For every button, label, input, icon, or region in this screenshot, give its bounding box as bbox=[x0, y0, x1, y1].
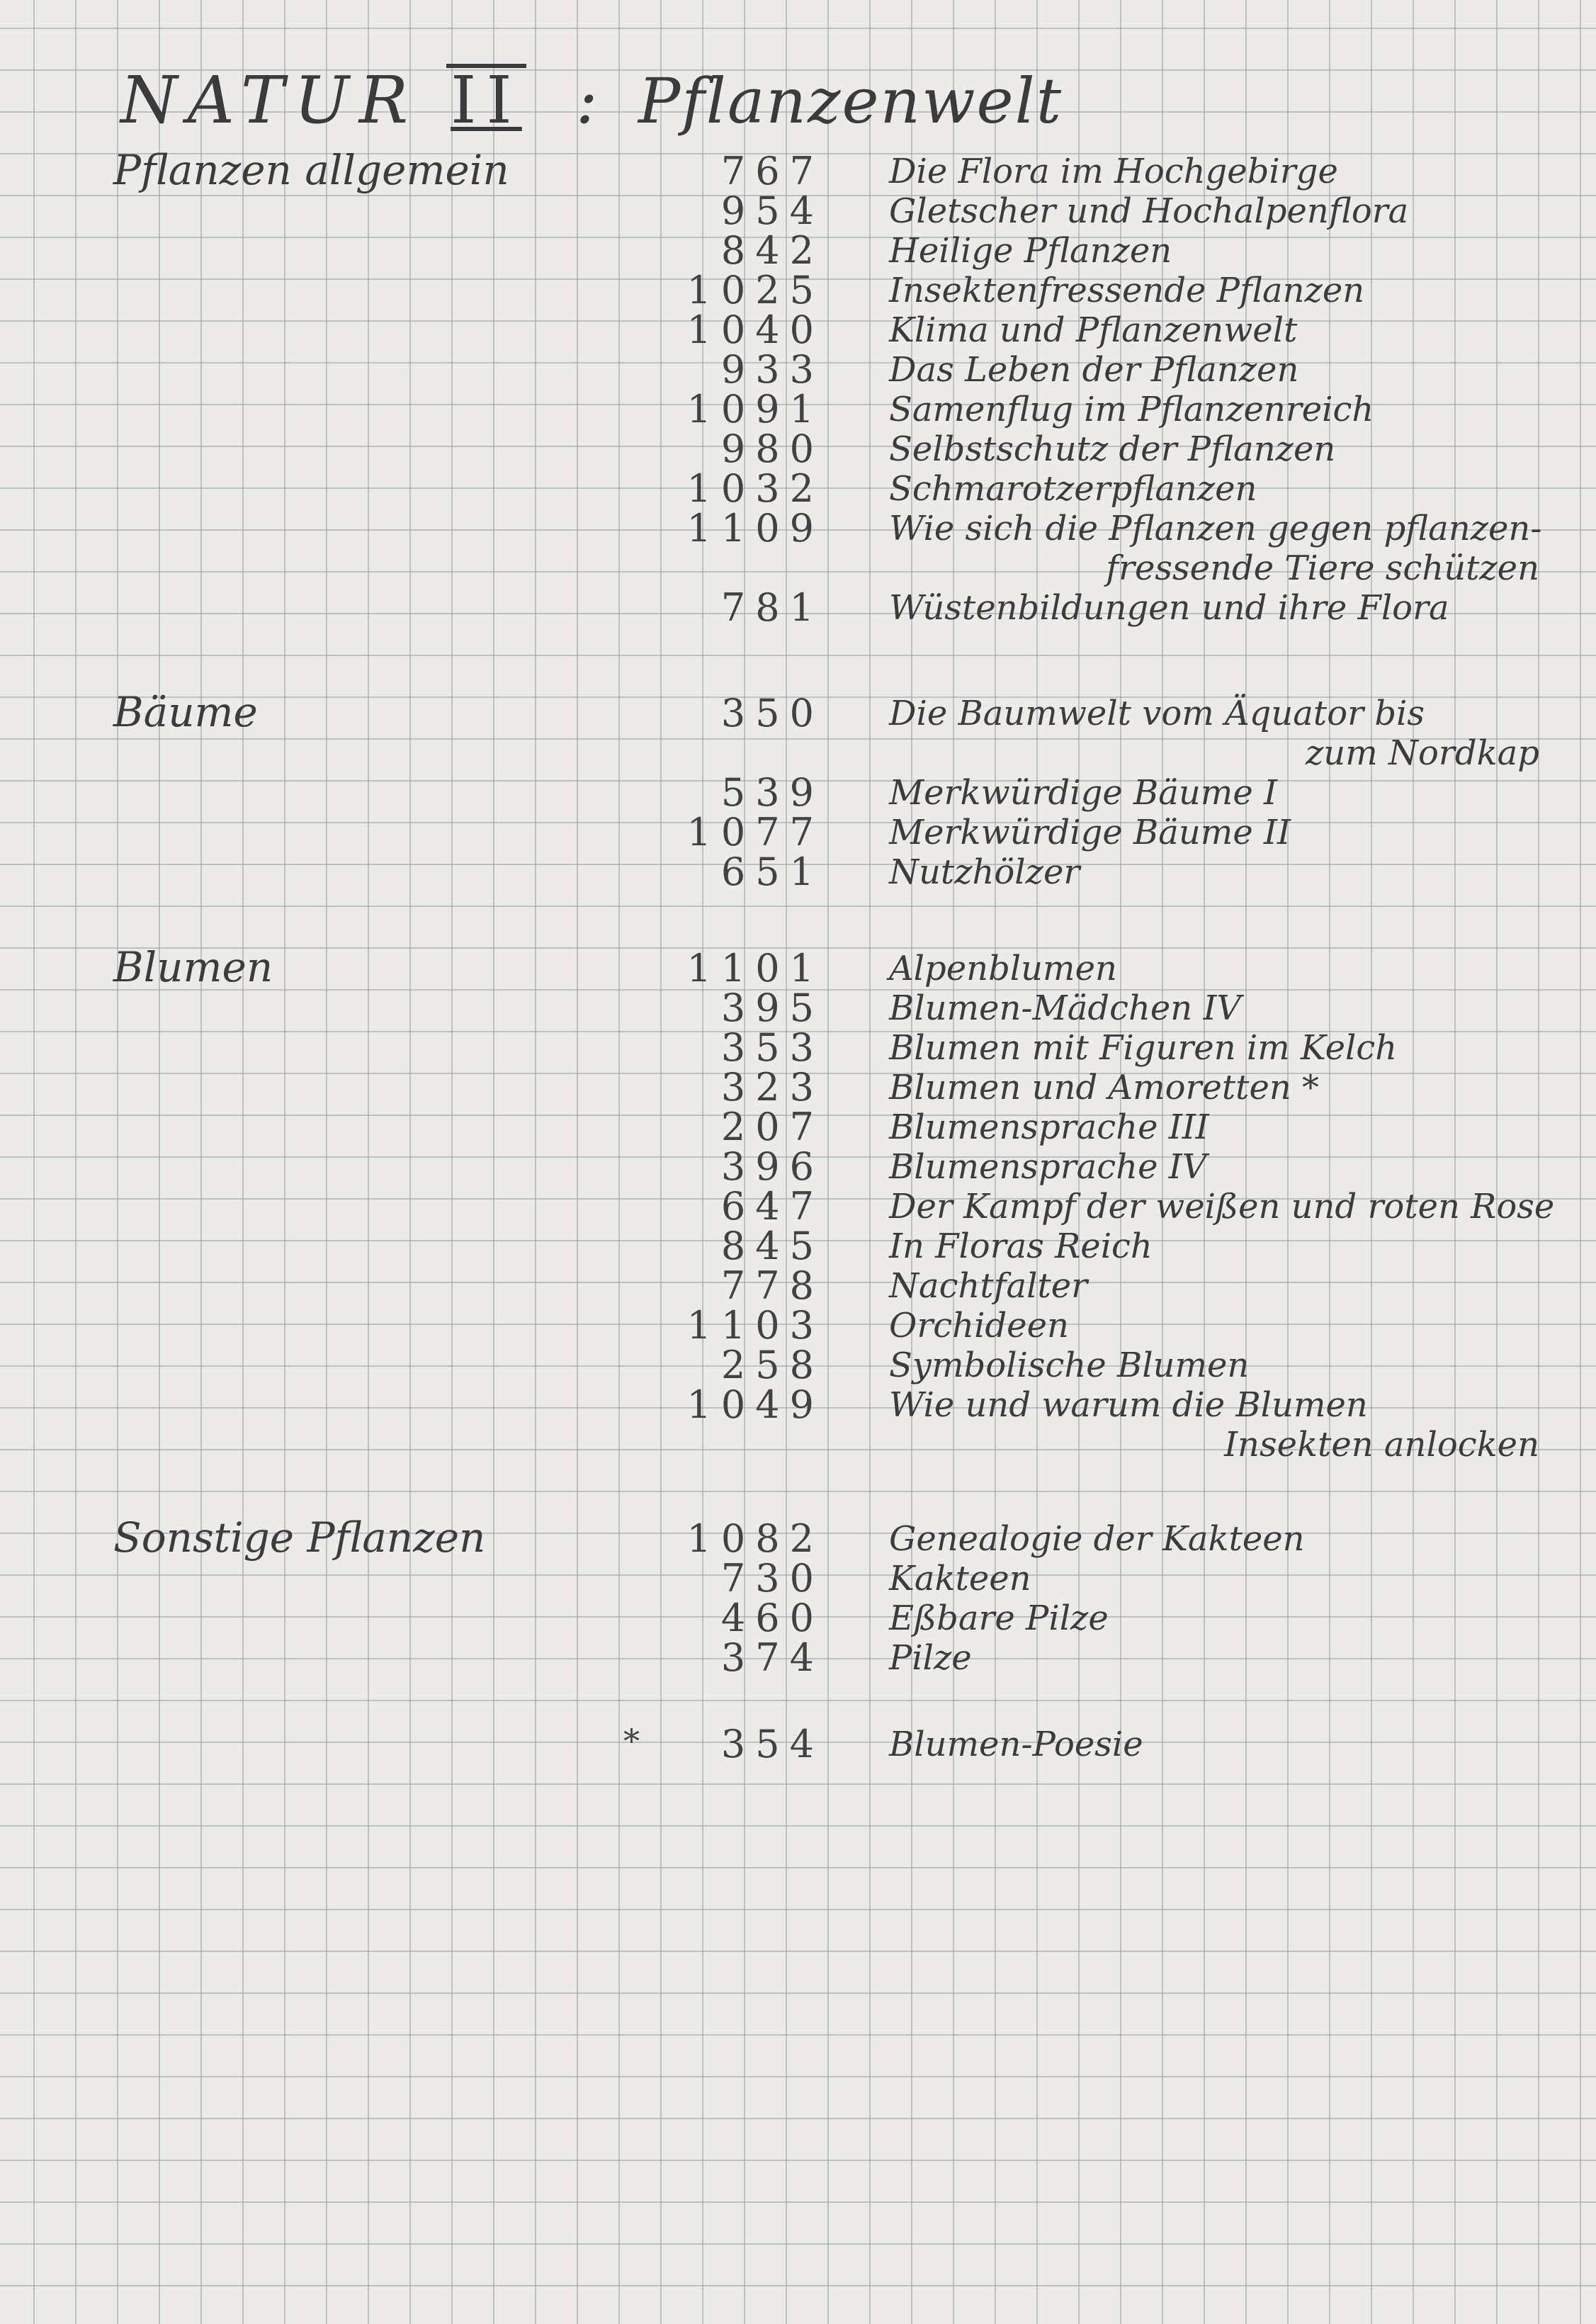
index-entry: 730Kakteen bbox=[0, 1556, 1596, 1598]
entry-title-continuation: zum Nordkap bbox=[1306, 733, 1539, 773]
entry-number: 1025 bbox=[687, 268, 824, 312]
entry-number: 350 bbox=[721, 691, 824, 735]
entry-title: Merkwürdige Bäume I bbox=[889, 773, 1277, 813]
entry-title: Wüstenbildungen und ihre Flora bbox=[889, 588, 1449, 628]
title-text: NATUR bbox=[120, 62, 418, 138]
handwritten-index-page: NATURII: Pflanzenwelt Pflanzen allgemein… bbox=[0, 0, 1596, 2324]
index-entry: 460Eßbare Pilze bbox=[0, 1596, 1596, 1638]
index-entry: 647Der Kampf der weißen und roten Rose bbox=[0, 1184, 1596, 1226]
entry-number: 539 bbox=[721, 770, 824, 815]
index-entry: 1091Samenflug im Pflanzenreich bbox=[0, 387, 1596, 429]
entry-number: 396 bbox=[721, 1144, 824, 1189]
entry-title: Das Leben der Pflanzen bbox=[889, 350, 1298, 390]
index-entry: 980Selbstschutz der Pflanzen bbox=[0, 427, 1596, 469]
entry-title: Merkwürdige Bäume II bbox=[889, 813, 1291, 852]
entry-title: Heilige Pflanzen bbox=[889, 231, 1172, 271]
index-entry-continuation: fressende Tiere schützen bbox=[0, 546, 1596, 588]
index-entry: 1103Orchideen bbox=[0, 1303, 1596, 1346]
index-entry: 323Blumen und Amoretten * bbox=[0, 1065, 1596, 1107]
entry-title: Kakteen bbox=[889, 1559, 1031, 1598]
entry-number: 954 bbox=[721, 188, 824, 233]
entry-title: Nachtfalter bbox=[889, 1266, 1087, 1306]
entry-number: 778 bbox=[721, 1263, 824, 1308]
page-subtitle: Pflanzenwelt bbox=[638, 64, 1063, 137]
asterisk-marker: * bbox=[623, 1722, 640, 1760]
entry-number: 1091 bbox=[687, 387, 824, 431]
index-entry: 845In Floras Reich bbox=[0, 1224, 1596, 1266]
index-entry: 954Gletscher und Hochalpenflora bbox=[0, 188, 1596, 231]
index-entry: 933Das Leben der Pflanzen bbox=[0, 347, 1596, 390]
index-entry: 781Wüstenbildungen und ihre Flora bbox=[0, 585, 1596, 628]
entry-number: 767 bbox=[721, 149, 824, 193]
entry-number: 845 bbox=[721, 1224, 824, 1268]
entry-number: 651 bbox=[721, 850, 824, 894]
entry-number: 374 bbox=[721, 1635, 824, 1680]
entry-number: 1109 bbox=[687, 506, 824, 551]
entry-number: 323 bbox=[721, 1065, 824, 1110]
entry-title: Blumen-Poesie bbox=[889, 1725, 1143, 1764]
index-entry: 396Blumensprache IV bbox=[0, 1144, 1596, 1187]
entry-title: Blumen und Amoretten * bbox=[889, 1068, 1319, 1107]
entry-number: 354 bbox=[721, 1722, 824, 1766]
entry-number: 1049 bbox=[687, 1382, 824, 1427]
index-entry: 1040Klima und Pflanzenwelt bbox=[0, 308, 1596, 350]
entry-number: 395 bbox=[721, 986, 824, 1030]
entry-title-continuation: Insekten anlocken bbox=[1224, 1425, 1539, 1465]
entry-number: 730 bbox=[721, 1556, 824, 1601]
entry-number: 1103 bbox=[687, 1303, 824, 1348]
entry-title: Insektenfressende Pflanzen bbox=[889, 271, 1364, 310]
entry-number: 980 bbox=[721, 427, 824, 471]
entry-title: Blumen mit Figuren im Kelch bbox=[889, 1028, 1397, 1068]
index-entry: 539Merkwürdige Bäume I bbox=[0, 770, 1596, 813]
index-entry: 1082Genealogie der Kakteen bbox=[0, 1516, 1596, 1559]
index-entry: 258Symbolische Blumen bbox=[0, 1343, 1596, 1385]
entry-title: Samenflug im Pflanzenreich bbox=[889, 390, 1374, 429]
index-entry: 1101Alpenblumen bbox=[0, 946, 1596, 988]
entry-number: 460 bbox=[721, 1596, 824, 1640]
footnote-row: * 354 Blumen-Poesie bbox=[0, 1722, 1596, 1764]
index-entry: 1109Wie sich die Pflanzen gegen pflanzen… bbox=[0, 506, 1596, 548]
index-entry: 374Pilze bbox=[0, 1635, 1596, 1678]
entry-number: 933 bbox=[721, 347, 824, 392]
entry-title: Selbstschutz der Pflanzen bbox=[889, 429, 1335, 469]
entry-title: Pilze bbox=[889, 1638, 972, 1678]
index-entry: 1025Insektenfressende Pflanzen bbox=[0, 268, 1596, 310]
index-entry: 395Blumen-Mädchen IV bbox=[0, 986, 1596, 1028]
entry-title: Blumen-Mädchen IV bbox=[889, 988, 1241, 1028]
index-entry: 651Nutzhölzer bbox=[0, 850, 1596, 892]
entry-number: 842 bbox=[721, 228, 824, 273]
entry-title: Der Kampf der weißen und roten Rose bbox=[889, 1187, 1554, 1226]
index-entry: 842Heilige Pflanzen bbox=[0, 228, 1596, 271]
entry-title: Die Flora im Hochgebirge bbox=[889, 152, 1338, 191]
title-separator: : bbox=[576, 62, 608, 138]
entry-number: 207 bbox=[721, 1105, 824, 1149]
entry-title: Klima und Pflanzenwelt bbox=[889, 310, 1297, 350]
entry-title: Symbolische Blumen bbox=[889, 1346, 1249, 1385]
entry-title-continuation: fressende Tiere schützen bbox=[1106, 548, 1539, 588]
entry-title: Gletscher und Hochalpenflora bbox=[889, 191, 1408, 231]
entry-number: 1032 bbox=[687, 466, 824, 511]
entry-title: Schmarotzerpflanzen bbox=[889, 469, 1257, 509]
index-entry: 207Blumensprache III bbox=[0, 1105, 1596, 1147]
entry-number: 1082 bbox=[687, 1516, 824, 1561]
index-entry-continuation: Insekten anlocken bbox=[0, 1422, 1596, 1465]
page-title: NATURII: Pflanzenwelt bbox=[120, 62, 1063, 138]
entry-title: Blumensprache III bbox=[889, 1107, 1209, 1147]
entry-number: 1101 bbox=[687, 946, 824, 991]
index-entry: 1077Merkwürdige Bäume II bbox=[0, 810, 1596, 852]
index-entry: 1032Schmarotzerpflanzen bbox=[0, 466, 1596, 509]
index-entry: 353Blumen mit Figuren im Kelch bbox=[0, 1025, 1596, 1068]
entry-title: Die Baumwelt vom Äquator bis bbox=[889, 694, 1425, 733]
index-entry: 767Die Flora im Hochgebirge bbox=[0, 149, 1596, 191]
entry-title: Wie sich die Pflanzen gegen pflanzen- bbox=[889, 509, 1542, 548]
entry-title: Blumensprache IV bbox=[889, 1147, 1206, 1187]
entry-title: In Floras Reich bbox=[889, 1226, 1153, 1266]
entry-title: Genealogie der Kakteen bbox=[889, 1519, 1305, 1559]
volume-number: II bbox=[446, 64, 526, 133]
entry-title: Nutzhölzer bbox=[889, 852, 1080, 892]
entry-number: 647 bbox=[721, 1184, 824, 1229]
entry-title: Alpenblumen bbox=[889, 949, 1117, 988]
entry-number: 258 bbox=[721, 1343, 824, 1387]
index-entry: 1049Wie und warum die Blumen bbox=[0, 1382, 1596, 1425]
entry-number: 781 bbox=[721, 585, 824, 630]
entry-title: Wie und warum die Blumen bbox=[889, 1385, 1368, 1425]
entry-number: 1040 bbox=[687, 308, 824, 352]
entry-number: 353 bbox=[721, 1025, 824, 1070]
index-entry-continuation: zum Nordkap bbox=[0, 731, 1596, 773]
entry-title: Orchideen bbox=[889, 1306, 1069, 1346]
entry-number: 1077 bbox=[687, 810, 824, 854]
index-entry: 350Die Baumwelt vom Äquator bis bbox=[0, 691, 1596, 733]
entry-title: Eßbare Pilze bbox=[889, 1598, 1109, 1638]
index-entry: 778Nachtfalter bbox=[0, 1263, 1596, 1306]
